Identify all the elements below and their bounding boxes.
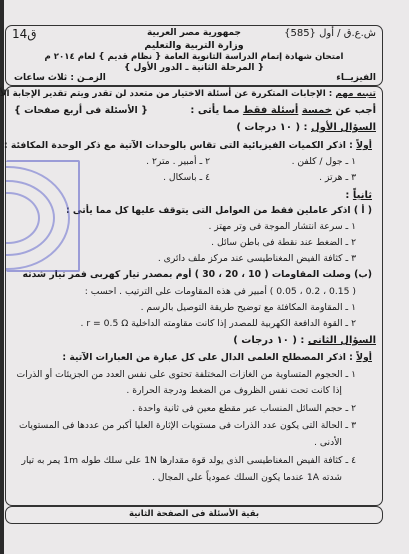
q1-part2: ثانياً : (345, 190, 372, 201)
q2-item-4a: ٤ ـ كثافة الفيض المغناطيسى الذى يولد قوة… (22, 455, 356, 466)
b-item-2: ٢ ـ القوة الدافعة الكهربية للمصدر إذا كا… (81, 318, 356, 329)
unit-item-2: ٢ ـ أمبير . متر٢ . (146, 156, 210, 167)
header-stage: { المرحلة الثانية ـ الدور الأول } (6, 63, 382, 73)
pages-note: { الأسئلة فى أربع صفحات } (14, 105, 148, 116)
q1-title: السؤال الأول (311, 122, 376, 133)
q2-item-3b: الأدنى . (314, 437, 342, 448)
unit-item-3: ٣ ـ هرتز . (319, 172, 356, 183)
q2-part1: أولاً : اذكر المصطلح العلمى الدال على كل… (62, 352, 372, 363)
q2-heading: السؤال الثانى : ( ١٠ درجات ) (233, 335, 376, 346)
official-stamp (6, 160, 80, 272)
exam-header: {585} ش.ع.ق / أول 14ق جمهورية مصر العربي… (5, 25, 383, 86)
a-item-2: ٢ ـ الضغط عند نقطة فى باطن سائل . (211, 237, 356, 248)
q1-heading: السؤال الأول : ( ١٠ درجات ) (236, 122, 376, 133)
scan-edge (0, 0, 4, 554)
q2-item-3a: ٣ ـ الحالة التى يكون عدد الذرات فى مستوي… (19, 420, 356, 431)
q1-part1: أولاً : اذكر الكميات الفيزيائية التى تقا… (4, 140, 372, 151)
header-exam-title: امتحان شهادة إتمام الدراسة الثانوية العا… (6, 52, 382, 62)
time-label: الزمـن : ثلاث ساعات (14, 73, 106, 83)
q2-marks: : ( ١٠ درجات ) (233, 335, 308, 346)
exam-body: تنبيه مهم : الإجابات المتكررة عن أسئلة ا… (5, 86, 383, 506)
header-ministry: وزارة التربية والتعليم (6, 40, 382, 51)
a-item-3: ٣ ـ كثافة الفيض المغناطيسى عند مركز ملف … (158, 253, 356, 264)
notice-label: تنبيه مهم (335, 89, 376, 99)
q1-part2-b-line2: ( 0.15 ، 0.2 ، 0.05 ) أمبير فى هذه المقا… (85, 286, 356, 297)
q1-part2-a: ( أ ) اذكر عاملين فقط من العوامل التى يت… (66, 205, 372, 216)
notice: تنبيه مهم : الإجابات المتكررة عن أسئلة ا… (0, 89, 376, 99)
q1-marks: : ( ١٠ درجات ) (236, 122, 311, 133)
b-item-1: ١ ـ المقاومة المكافئة مع توضيح طريقة الت… (141, 302, 356, 313)
q2-item-4b: شدته 1A عندما يكون السلك عمودياً على الم… (152, 472, 342, 483)
q2-item-1b: إذا كانت تحت نفس الظروف من الضغط ودرجة ا… (126, 385, 342, 396)
subject-label: الفيزيــاء (336, 73, 376, 83)
unit-item-1: ١ ـ جول / كلفن . (292, 156, 356, 167)
exam-footer: بقية الأسئلة فى الصفحة الثانية (5, 506, 383, 524)
q2-item-2: ٢ ـ حجم السائل المنساب عبر مقطع معين فى … (132, 403, 356, 414)
answer-instruction: أجب عن خمسة أسئلة فقط مما يأتى : (190, 105, 376, 116)
q2-item-1a: ١ ـ الحجوم المتساوية من الغازات المختلفة… (17, 369, 356, 380)
q2-title: السؤال الثانى (308, 335, 376, 346)
unit-item-4: ٤ ـ باسكال . (163, 172, 210, 183)
a-item-1: ١ ـ سرعة انتشار الموجة فى وتر مهتز . (208, 221, 356, 232)
header-country: جمهورية مصر العربية (6, 28, 382, 38)
continue-note: بقية الأسئلة فى الصفحة الثانية (6, 509, 382, 519)
notice-text: : الإجابات المتكررة عن أسئلة الاختيار من… (0, 89, 335, 99)
